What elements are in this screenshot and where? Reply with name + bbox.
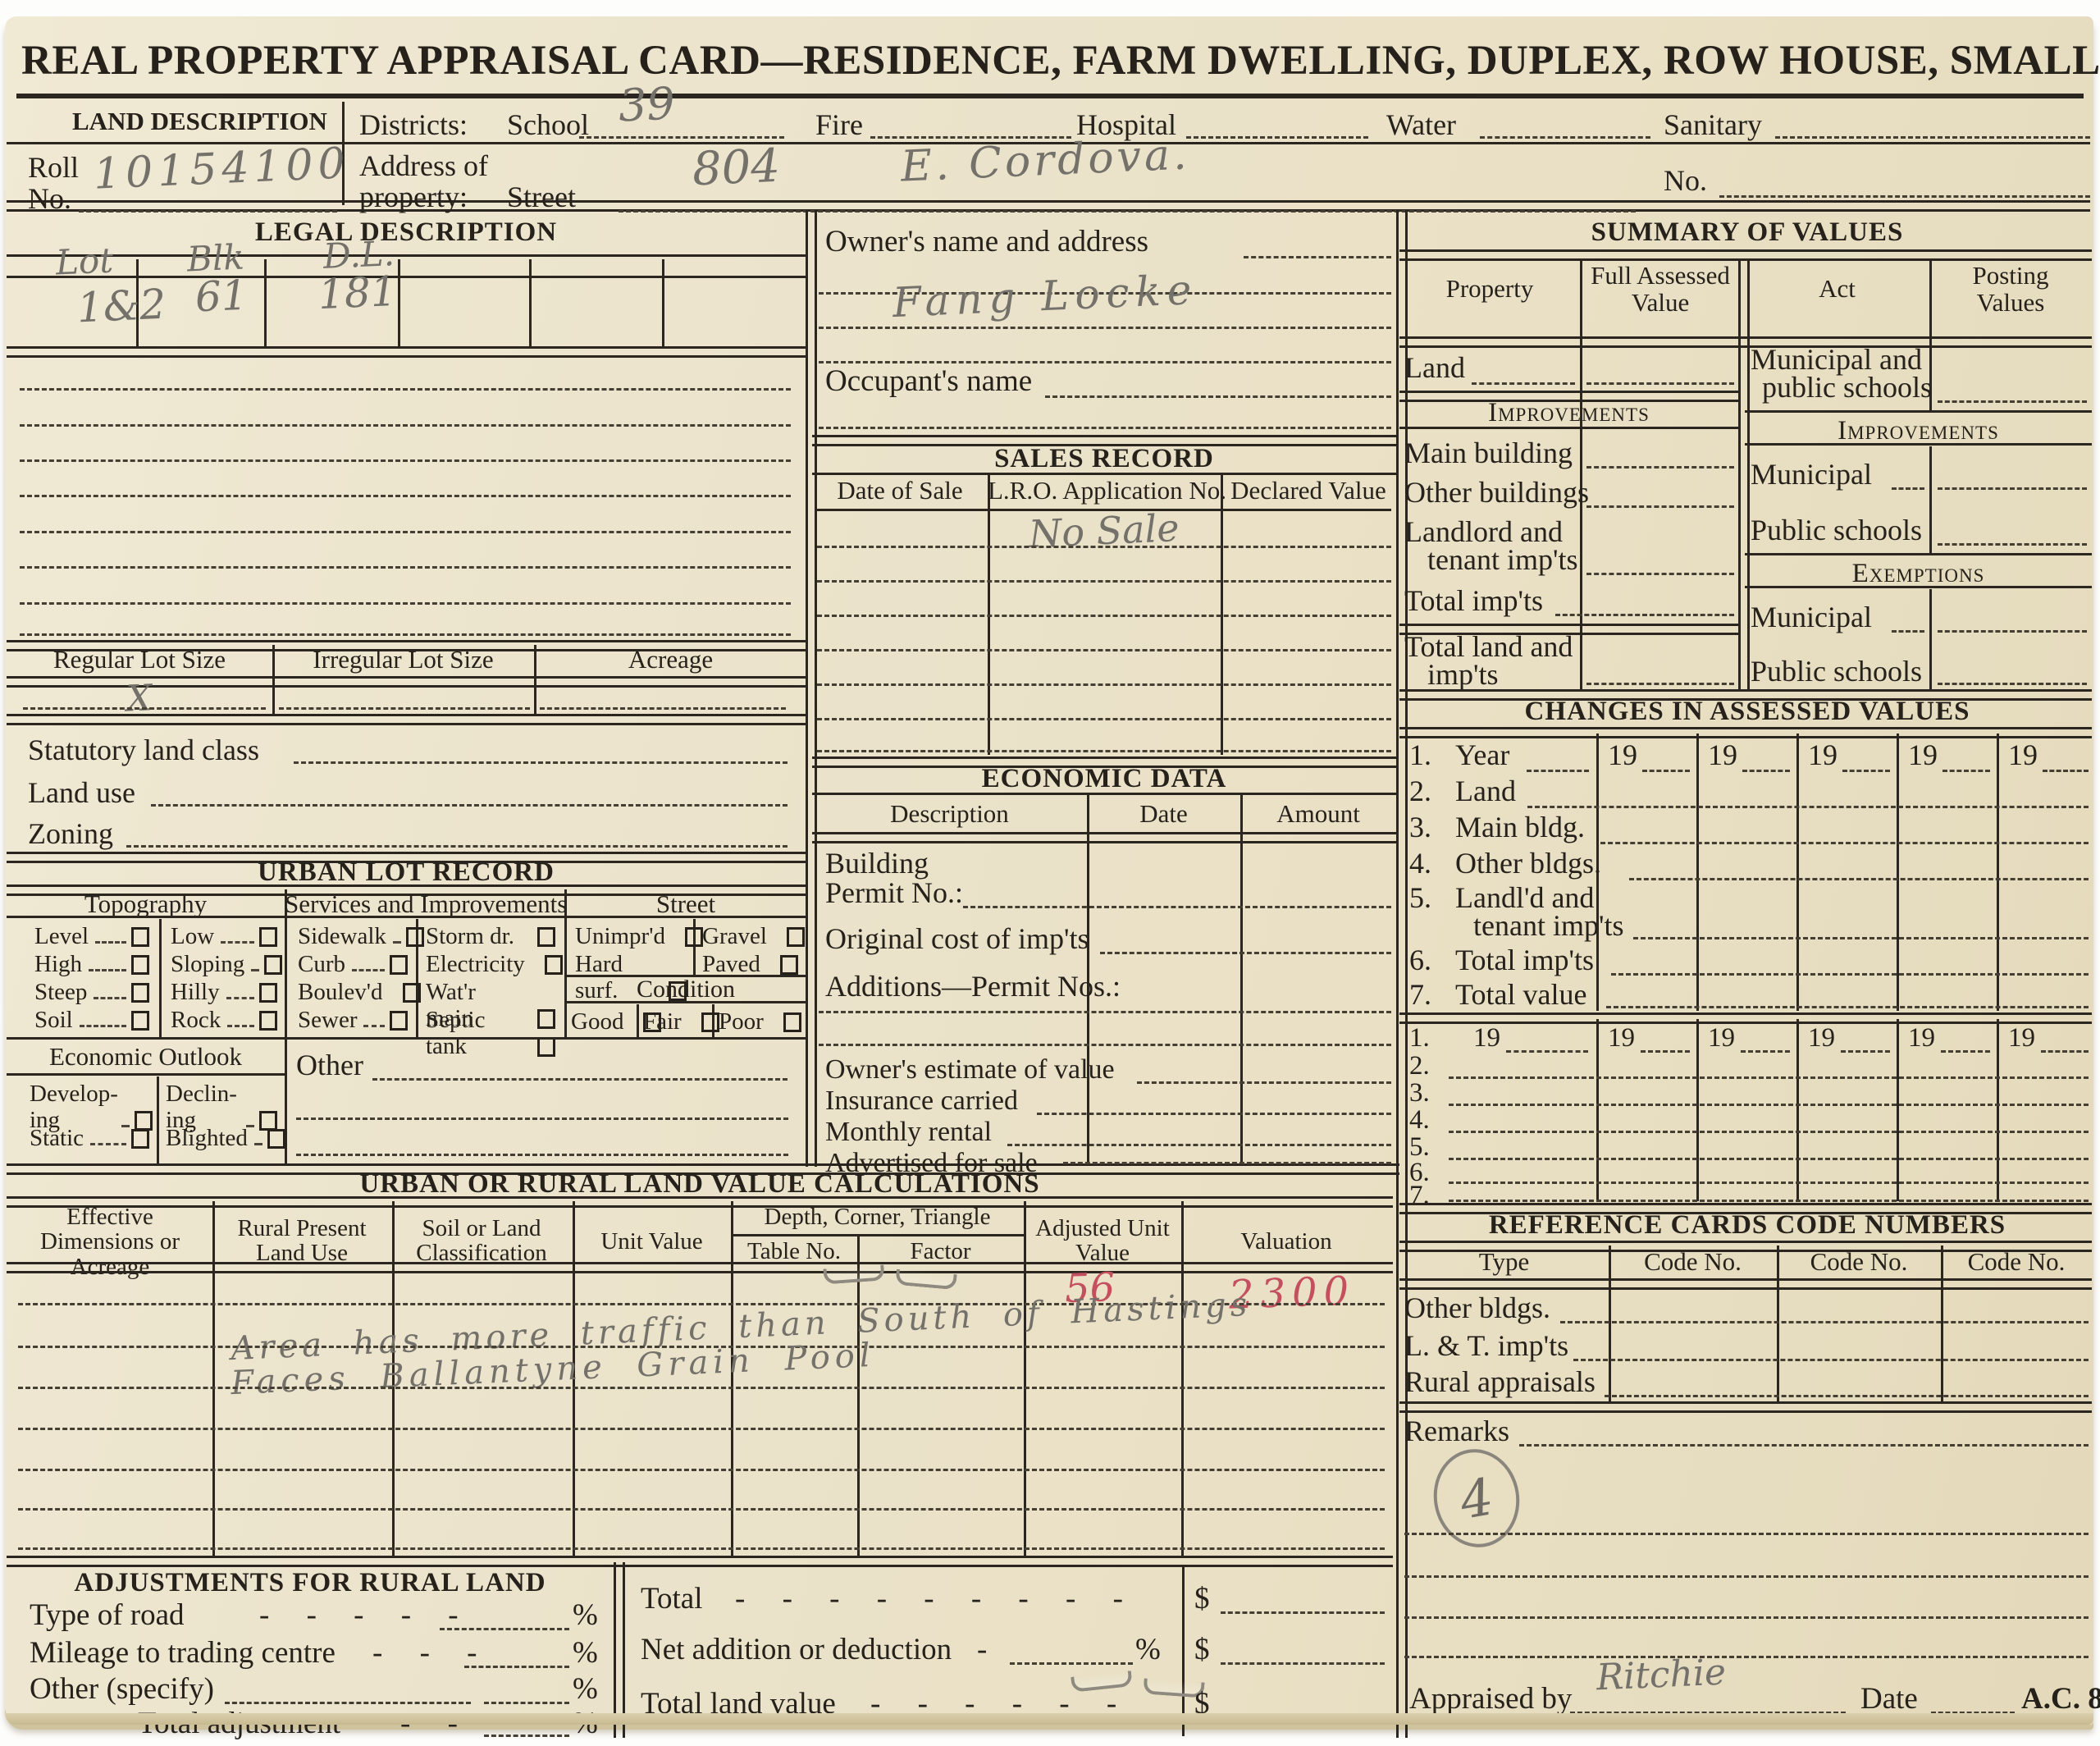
other-specify-label: Other (specify): [30, 1674, 214, 1706]
fire-label: Fire: [815, 110, 863, 141]
appraised-by-label: Appraised by: [1409, 1684, 1572, 1716]
changes-row3-no: 3.: [1409, 812, 1431, 843]
zoning-label: Zoning: [28, 819, 113, 850]
checkbox-curb: [390, 955, 408, 975]
checkbox-electricity: [545, 955, 563, 975]
checkbox-soil: [131, 1011, 149, 1031]
calc-col-factor: Factor: [857, 1239, 1024, 1264]
sales-col-declared: Declared Value: [1221, 478, 1396, 505]
changes-row4-label: Other bldgs.: [1455, 848, 1601, 880]
condition-title: Condition: [564, 976, 807, 1003]
street-title: Street: [564, 891, 807, 918]
changes-year-cell: 19: [1808, 740, 1837, 771]
summary-improvements-header-2: Improvements: [1745, 417, 2092, 446]
economic-outlook-title: Economic Outlook: [7, 1044, 285, 1071]
outlook-row-blighted: Blighted: [166, 1126, 277, 1152]
page-title: REAL PROPERTY APPRAISAL CARD—RESIDENCE, …: [21, 39, 2080, 84]
checkbox-sloping: [264, 955, 282, 975]
summary-municipal-public-2: public schools: [1762, 373, 1932, 404]
house-no-label: No.: [1664, 166, 1707, 197]
card-paper: REAL PROPERTY APPRAISAL CARD—RESIDENCE, …: [5, 16, 2093, 1725]
summary-total-land-2: imp'ts: [1427, 660, 1499, 691]
districts-label: Districts:: [359, 110, 468, 141]
dashes: - - - - - - - - -: [735, 1584, 1123, 1616]
checkbox-paved: [780, 955, 798, 975]
reference-row-other-bldgs: Other bldgs.: [1404, 1293, 1550, 1324]
legal-header-lot: Lot: [55, 240, 114, 282]
owners-estimate-label: Owner's estimate of value: [825, 1055, 1115, 1085]
building-label: Building: [825, 848, 929, 880]
owner-label: Owner's name and address: [825, 226, 1148, 258]
reference-col-code-1: Code No.: [1609, 1249, 1777, 1276]
land-use-label: Land use: [28, 778, 135, 809]
mileage-label: Mileage to trading centre: [30, 1638, 336, 1670]
date-label: Date: [1860, 1684, 1918, 1716]
monthly-rental-label: Monthly rental: [825, 1118, 992, 1147]
roll-label: Roll: [28, 153, 79, 184]
total-label: Total: [641, 1584, 703, 1616]
calc-col-unit-value: Unit Value: [573, 1229, 731, 1254]
statutory-label: Statutory land class: [28, 735, 259, 766]
card-bottom-edge: [5, 1713, 2093, 1725]
summary-col-full-assessed: Full Assessed Value: [1588, 263, 1732, 316]
checkbox-sewer: [390, 1011, 408, 1031]
summary-other-buildings: Other buildings: [1404, 478, 1589, 509]
percent-sign: %: [573, 1638, 598, 1670]
topo-row-low: Low: [171, 924, 277, 950]
service-row-septic-tank: Septic tank: [426, 1008, 555, 1060]
changes2-year-cell: 19: [1708, 1024, 1735, 1053]
street-label: Street: [507, 182, 576, 213]
changes-row7-label: Total value: [1455, 980, 1586, 1011]
remarks-label: Remarks: [1404, 1416, 1509, 1447]
calc-col-adjusted: Adjusted Unit Value: [1030, 1216, 1175, 1266]
economic-data-title: ECONOMIC DATA: [812, 765, 1396, 793]
changes-row7-no: 7.: [1409, 980, 1431, 1011]
legal-value-dl: 181: [317, 267, 398, 318]
changes-row1-no: 1.: [1409, 740, 1431, 771]
reference-col-type: Type: [1399, 1249, 1609, 1276]
reference-col-code-3: Code No.: [1941, 1249, 2092, 1276]
summary-col-property: Property: [1399, 276, 1580, 303]
changes2-row3-no: 3.: [1409, 1079, 1430, 1108]
condition-row-poor: Poor: [719, 1009, 786, 1035]
reference-row-rural: Rural appraisals: [1404, 1367, 1596, 1398]
owner-name-value: Fang Locke: [892, 266, 1199, 327]
calc-col-depth: Depth, Corner, Triangle: [731, 1204, 1024, 1229]
changes-row2-label: Land: [1455, 776, 1516, 807]
summary-title: SUMMARY OF VALUES: [1403, 218, 2092, 247]
checkbox-septic-tank: [537, 1037, 555, 1057]
summary-total-impts: Total imp'ts: [1404, 586, 1543, 617]
urban-lot-title: URBAN LOT RECORD: [7, 858, 806, 887]
dollar-sign: $: [1194, 1634, 1210, 1666]
changes2-year-cell: 19: [1608, 1024, 1635, 1053]
percent-sign: %: [573, 1600, 598, 1632]
service-row-curb: Curb: [298, 952, 408, 978]
staple: [823, 1264, 884, 1284]
checkbox-storm-dr: [537, 927, 555, 947]
topo-row-steep: Steep: [34, 980, 149, 1006]
outlook-row-static: Static: [30, 1126, 149, 1152]
irregular-lot-label: Irregular Lot Size: [272, 647, 534, 674]
checkbox-rock: [259, 1011, 277, 1031]
changes-row6-label: Total imp'ts: [1455, 945, 1594, 976]
changes-year-cell: 19: [2008, 740, 2038, 771]
changes-year-cell: 19: [1708, 740, 1737, 771]
legal-title: LEGAL DESCRIPTION: [7, 218, 806, 247]
changes-row5-label2: tenant imp'ts: [1473, 911, 1623, 942]
calc-col-rural-use: Rural Present Land Use: [220, 1216, 384, 1266]
topo-row-soil: Soil: [34, 1008, 149, 1034]
economic-col-amount: Amount: [1240, 801, 1396, 828]
checkbox-fair: [701, 1012, 719, 1032]
checkbox-static: [131, 1129, 149, 1149]
checkbox-boulevd: [403, 983, 421, 1003]
checkbox-high: [131, 955, 149, 975]
summary-public-schools: Public schools: [1751, 515, 1922, 546]
school-label: School: [507, 110, 589, 141]
legal-value-blk: 61: [194, 272, 249, 322]
changes-row4-no: 4.: [1409, 848, 1431, 880]
school-value: 39: [618, 78, 676, 132]
summary-main-building: Main building: [1404, 438, 1573, 469]
topo-row-sloping: Sloping: [171, 952, 277, 978]
checkbox-hilly: [259, 983, 277, 1003]
changes-row1-label: Year: [1455, 740, 1509, 771]
condition-row-good: Good: [571, 1009, 633, 1035]
roll-no-label: No.: [28, 184, 71, 215]
legal-value-lot: 1&2: [76, 281, 167, 332]
checkbox-level: [131, 927, 149, 947]
checkbox-unimprd: [685, 927, 703, 947]
topo-row-level: Level: [34, 924, 149, 950]
service-row-sewer: Sewer: [298, 1008, 408, 1034]
checkbox-steep: [131, 983, 149, 1003]
changes-row3-label: Main bldg.: [1455, 812, 1585, 843]
economic-col-date: Date: [1087, 801, 1240, 828]
original-cost-label: Original cost of imp'ts: [825, 924, 1089, 955]
percent-sign: %: [573, 1674, 598, 1706]
summary-exemptions-header: Exemptions: [1745, 560, 2092, 588]
changes2-row4-no: 4.: [1409, 1106, 1430, 1135]
changes2-year-cell: 19: [1808, 1024, 1835, 1053]
calc-col-soil: Soil or Land Classification: [399, 1216, 564, 1266]
calc-col-table-no: Table No.: [731, 1239, 857, 1264]
changes-title: CHANGES IN ASSESSED VALUES: [1403, 697, 2092, 726]
changes2-year-cell: 19: [1473, 1024, 1500, 1053]
services-title: Services and Improvements: [285, 891, 564, 918]
topo-row-high: High: [34, 952, 149, 978]
topography-title: Topography: [7, 891, 285, 918]
reference-title: REFERENCE CARDS CODE NUMBERS: [1403, 1211, 2092, 1240]
summary-landlord-2: tenant imp'ts: [1427, 545, 1577, 576]
additions-label: Additions—Permit Nos.:: [825, 971, 1121, 1003]
changes-row5-no: 5.: [1409, 883, 1431, 914]
changes-year-cell: 19: [1608, 740, 1637, 771]
other-label: Other: [296, 1050, 363, 1081]
reference-row-lt-impts: L. & T. imp'ts: [1404, 1331, 1568, 1362]
changes2-year-cell: 19: [2008, 1024, 2035, 1053]
calc-col-valuation: Valuation: [1181, 1229, 1391, 1254]
permit-no-label: Permit No.:: [825, 878, 963, 909]
checkbox-poor: [783, 1012, 801, 1032]
changes-row6-no: 6.: [1409, 945, 1431, 976]
summary-col-act: Act: [1745, 276, 1929, 303]
type-of-road-label: Type of road: [30, 1600, 185, 1632]
calculations-title: URBAN OR RURAL LAND VALUE CALCULATIONS: [7, 1170, 1393, 1199]
summary-col-posting: Posting Values: [1937, 263, 2084, 316]
dashes: - - -: [372, 1638, 477, 1670]
street-row-gravel: Gravel: [702, 924, 786, 950]
sanitary-label: Sanitary: [1664, 110, 1762, 141]
appraised-by-value: Ritchie: [1596, 1652, 1727, 1699]
street-row-unimprd: Unimpr'd: [575, 924, 687, 950]
occupant-label: Occupant's name: [825, 366, 1032, 398]
street-number-value: 804: [692, 139, 782, 197]
adjustments-title: ADJUSTMENTS FOR RURAL LAND: [7, 1569, 614, 1597]
regular-lot-label: Regular Lot Size: [7, 647, 272, 674]
remarks-circled-value: 4: [1426, 1442, 1527, 1554]
water-label: Water: [1386, 110, 1456, 141]
address-label-2: property:: [359, 182, 468, 213]
percent-sign: %: [1135, 1634, 1161, 1666]
dashes: - - - - -: [259, 1600, 459, 1632]
insurance-label: Insurance carried: [825, 1086, 1018, 1116]
sales-entry-value: No Sale: [1028, 505, 1180, 556]
scanned-appraisal-card: REAL PROPERTY APPRAISAL CARD—RESIDENCE, …: [0, 0, 2100, 1746]
service-row-sidewalk: Sidewalk: [298, 924, 408, 950]
service-row-boulevd: Boulev'd: [298, 980, 408, 1006]
dash: -: [977, 1634, 987, 1666]
sales-col-date: Date of Sale: [812, 478, 988, 505]
summary-public-schools-2: Public schools: [1751, 656, 1922, 688]
summary-municipal-2: Municipal: [1751, 602, 1872, 633]
roll-number-value: 10154100: [93, 139, 351, 199]
sales-col-lro: L.R.O. Application No.: [988, 478, 1221, 505]
checkbox-sidewalk: [406, 927, 424, 947]
reference-col-code-2: Code No.: [1777, 1249, 1941, 1276]
acreage-label: Acreage: [534, 647, 807, 674]
form-code: A.C. 8: [2021, 1684, 2100, 1716]
street-name-value: E. Cordova.: [900, 130, 1191, 191]
summary-municipal: Municipal: [1751, 459, 1872, 491]
summary-improvements-header: Improvements: [1399, 399, 1738, 427]
topo-row-hilly: Hilly: [171, 980, 277, 1006]
land-description-label: LAND DESCRIPTION: [72, 108, 327, 135]
checkbox-gravel: [787, 927, 805, 947]
summary-land-label: Land: [1404, 353, 1465, 384]
condition-row-fair: Fair: [643, 1009, 705, 1035]
checkbox-low: [259, 927, 277, 947]
changes2-row1-no: 1.: [1409, 1024, 1430, 1053]
service-row-storm-dr: Storm dr.: [426, 924, 555, 950]
checkbox-blighted: [267, 1129, 285, 1149]
net-addition-label: Net addition or deduction: [641, 1634, 952, 1666]
economic-col-description: Description: [812, 801, 1087, 828]
topo-row-rock: Rock: [171, 1008, 277, 1034]
changes2-row2-no: 2.: [1409, 1052, 1430, 1081]
dollar-sign: $: [1194, 1584, 1210, 1616]
address-label-1: Address of: [359, 151, 488, 182]
changes2-year-cell: 19: [1908, 1024, 1935, 1053]
service-row-electricity: Electricity: [426, 952, 555, 978]
changes-row2-no: 2.: [1409, 776, 1431, 807]
sales-record-title: SALES RECORD: [812, 445, 1396, 473]
changes-year-cell: 19: [1908, 740, 1938, 771]
